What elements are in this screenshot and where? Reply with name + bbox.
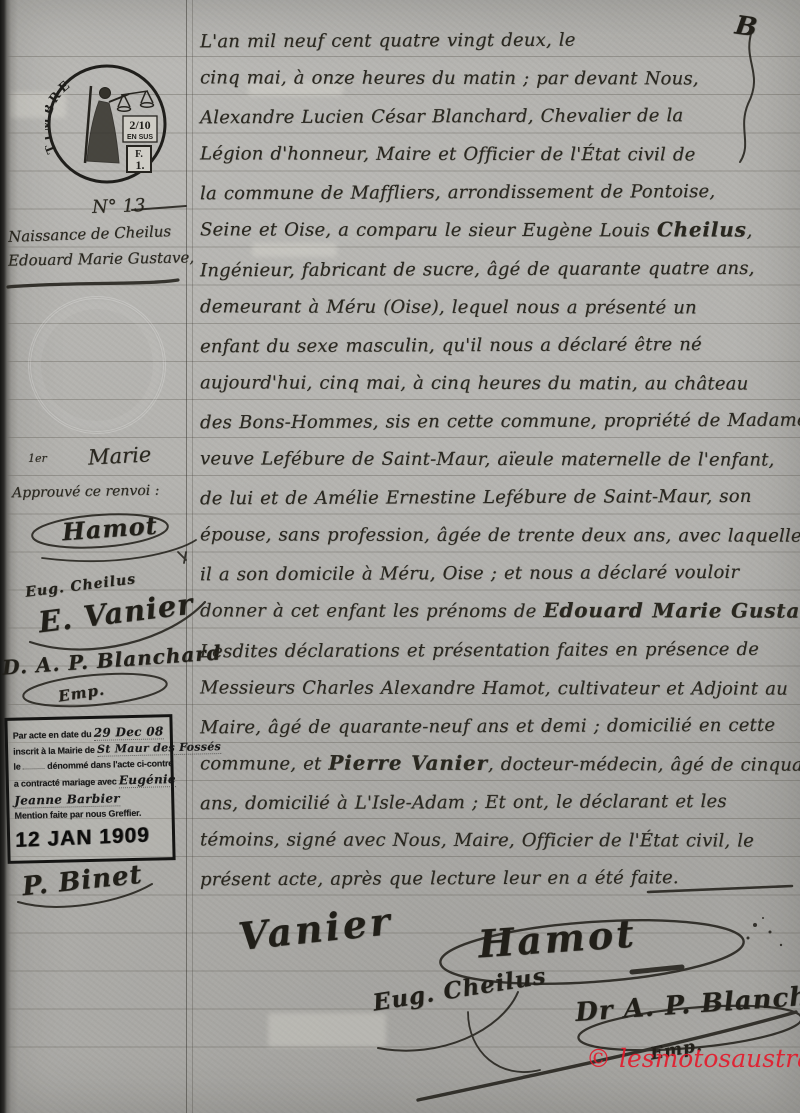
bleed-through-spot — [268, 1013, 386, 1047]
svg-text:EN SUS: EN SUS — [127, 134, 153, 141]
svg-text:1.: 1. — [136, 158, 145, 172]
stamp-print-text: Par acte en date du — [13, 729, 92, 741]
act-line: des Bons-Hommes, sis en cette commune, p… — [200, 400, 796, 441]
margin-rule-line-2 — [192, 0, 193, 1113]
embossed-seal — [28, 296, 166, 434]
timbre-word: TIMBRE — [45, 76, 75, 155]
stamp-print-text: inscrit à la Mairie de — [13, 745, 95, 757]
act-line: Légion d'honneur, Maire et Officier de l… — [200, 134, 796, 173]
franc-plaque: F. 1. — [127, 146, 151, 172]
act-line: Alexandre Lucien César Blanchard, Cheval… — [200, 95, 796, 136]
renvoi-index: 1er — [28, 452, 47, 465]
stamp-hand-date: 29 Dec 08 — [94, 724, 164, 741]
stamp-print-text: Mention faite par nous Greffier. — [14, 808, 141, 821]
stamp-print-text: dénommé dans l'acte ci-contre — [47, 758, 173, 771]
act-line: la commune de Maffliers, arrondissement … — [200, 171, 796, 212]
act-line: cinq mai, à onze heures du matin ; par d… — [200, 57, 796, 96]
marriage-mention-stamp: Par acte en date du 29 Dec 08 inscrit à … — [4, 714, 175, 864]
act-line: Seine et Oise, a comparu le sieur Eugène… — [200, 210, 796, 249]
act-line: de lui et de Amélie Ernestine Lefébure d… — [200, 476, 796, 517]
act-line: Messieurs Charles Alexandre Hamot, culti… — [200, 667, 796, 706]
stamp-dotted-gap — [23, 768, 45, 769]
stamp-hand-spouse1: Eugénie — [119, 772, 176, 788]
act-line: présent acte, après que lecture leur en … — [200, 857, 796, 898]
margin-rule-line — [186, 0, 187, 1113]
stamp-date: 12 JAN 1909 — [15, 822, 168, 852]
site-watermark: © lesmotosaustral.fr — [586, 1044, 800, 1073]
stamp-hand-spouse2: Jeanne Barbier — [14, 791, 120, 808]
act-line: il a son domicile à Méru, Oise ; et nous… — [200, 552, 796, 593]
renvoi-mark: B — [733, 11, 760, 44]
scan-left-edge — [0, 0, 18, 1113]
act-line: ans, domicilié à L'Isle-Adam ; Et ont, l… — [200, 781, 796, 822]
renvoi-word: Marie — [87, 442, 151, 469]
act-line: donner à cet enfant les prénoms de Edoua… — [200, 591, 796, 630]
svg-text:2/10: 2/10 — [129, 118, 150, 132]
act-line: enfant du sexe masculin, qu'il nous a dé… — [200, 323, 796, 364]
stamp-print-text: le — [13, 761, 20, 771]
renvoi-approval-note: Approuvé ce renvoi : — [12, 483, 160, 502]
act-line: demeurant à Méru (Oise), lequel nous a p… — [200, 286, 796, 325]
act-line: veuve Lefébure de Saint-Maur, aïeule mat… — [200, 438, 796, 477]
act-number: N° 13 — [92, 195, 146, 218]
act-line: Ingénieur, fabricant de sucre, âgé de qu… — [200, 247, 796, 288]
act-line: Maire, âgé de quarante-neuf ans et demi … — [200, 704, 796, 745]
act-body-text: L'an mil neuf cent quatre vingt deux, le… — [200, 20, 796, 896]
stamp-print-text: a contracté mariage avec — [14, 776, 117, 788]
act-line: épouse, sans profession, âgée de trente … — [200, 515, 796, 554]
registry-title-line2: Edouard Marie Gustave, — [8, 248, 194, 269]
act-line: témoins, signé avec Nous, Maire, Officie… — [200, 819, 796, 858]
act-line: Lesdites déclarations et présentation fa… — [200, 628, 796, 669]
scales-icon — [118, 91, 154, 111]
act-line: aujourd'hui, cinq mai, à cinq heures du … — [200, 362, 796, 401]
surcharge-plaque: 2/10 EN SUS — [123, 116, 157, 142]
birth-certificate-scan: TIMBRE 2/10 EN SUS F. 1. — [0, 0, 800, 1113]
timbre-fiscal-stamp: TIMBRE 2/10 EN SUS F. 1. — [45, 62, 169, 186]
act-line: L'an mil neuf cent quatre vingt deux, le — [200, 19, 796, 60]
act-line: commune, et Pierre Vanier, docteur-médec… — [200, 743, 796, 782]
